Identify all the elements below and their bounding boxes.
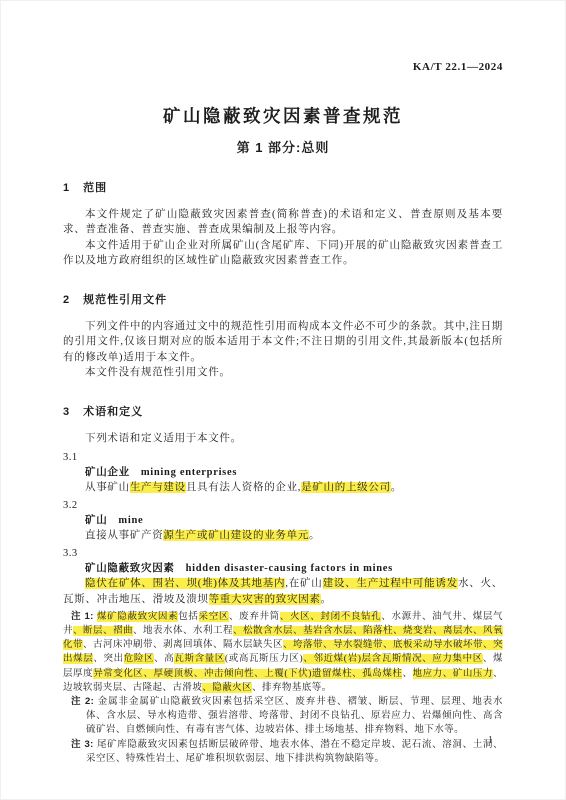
text-run: (或高瓦斯压力区) (225, 654, 303, 664)
highlighted-text: 、断层、褶曲 (73, 626, 133, 636)
highlighted-text: 、厚硬顶板、冲击倾向性、上覆(下伏)遗留煤柱、孤岛煤柱 (144, 669, 403, 679)
term-en: mining enterprises (141, 467, 237, 478)
highlighted-text: 建设、生产过程中可能诱发 (323, 578, 458, 589)
text-run: 、高 (154, 654, 174, 664)
note-text: 金属非金属矿山隐蔽致灾因素包括采空区、废弃井巷、褶皱、断层、节理、层理、地表水体… (86, 697, 503, 735)
scope-paragraph-2: 本文件适用于矿山企业对所属矿山(含尾矿库、下同)开展的矿山隐蔽致灾因素普查工作以… (63, 238, 503, 269)
section-title: 规范性引用文件 (83, 294, 167, 306)
highlighted-text: 瓦斯含量区 (174, 654, 225, 664)
section-number: 1 (63, 182, 70, 194)
note-label: 注 1: (71, 611, 94, 622)
highlighted-text: 采空区 (199, 612, 229, 622)
text-run: 、排弃物基底等。 (252, 683, 332, 693)
highlighted-text: 异常变化区 (93, 669, 143, 679)
notes-block: 注 1:煤矿隐蔽致灾因素包括采空区、废弃井筒、火区、封闭不良钻孔、水源井、油气井… (63, 610, 503, 766)
text-run: 从事矿山 (85, 482, 130, 493)
text-run: 。 (309, 530, 320, 541)
references-paragraph-1: 下列文件中的内容通过文中的规范性引用而构成本文件必不可少的条款。其中,注日期的引… (63, 319, 503, 365)
text-run: 、 (402, 669, 412, 679)
text-run: 、突出 (93, 654, 123, 664)
highlighted-text: 地应力、矿山压力 (413, 669, 494, 679)
highlighted-text: 、隐蔽火区 (202, 683, 252, 693)
section-number: 2 (63, 294, 70, 306)
term-zh: 矿山隐蔽致灾因素 (85, 562, 175, 574)
term-number-3-2: 3.2 (63, 498, 503, 513)
highlighted-text: 煤矿隐蔽致灾因素 (97, 612, 178, 622)
highlighted-text: 是矿山的上级公司 (301, 482, 391, 493)
highlighted-text: 、邻近煤(岩)层含瓦斯情况、应力集中区 (303, 654, 483, 664)
highlighted-text: 源生产或矿山建设的业务单元 (163, 530, 309, 541)
document-part-title: 第 1 部分:总则 (63, 137, 503, 156)
terms-intro: 下列术语和定义适用于本文件。 (63, 431, 503, 446)
text-run: 包括 (178, 612, 198, 622)
note-2: 注 2:金属非金属矿山隐蔽致灾因素包括采空区、废弃井巷、褶皱、断层、节理、层理、… (63, 695, 503, 738)
text-run: 直接从事矿产资 (85, 530, 163, 541)
note-3: 注 3:尾矿库隐蔽致灾因素包括断层破碎带、地表水体、潜在不稳定岸坡、泥石流、溶洞… (63, 738, 503, 766)
term-heading-mine: 矿山mine (63, 513, 503, 528)
references-paragraph-2: 本文件没有规范性引用文件。 (63, 365, 503, 380)
term-heading-mining-enterprises: 矿山企业mining enterprises (63, 465, 503, 480)
document-page: KA/T 22.1—2024 矿山隐蔽致灾因素普查规范 第 1 部分:总则 1范… (0, 0, 566, 800)
section-number: 3 (63, 406, 70, 418)
term-number-3-3: 3.3 (63, 546, 503, 561)
note-text: 尾矿库隐蔽致灾因素包括断层破碎带、地表水体、潜在不稳定岸坡、泥石流、溶洞、土洞、… (86, 740, 503, 764)
text-run: 。 (391, 482, 402, 493)
section-heading-scope: 1范围 (63, 179, 503, 195)
text-run: 、古河床冲刷带、剥离回填体、隔水层缺失区 (83, 640, 283, 650)
note-label: 注 2: (71, 696, 94, 707)
term-en: hidden disaster-causing factors in mines (186, 563, 393, 574)
highlighted-text: 、火区、封闭不良钻孔 (280, 612, 382, 622)
term-en: mine (118, 515, 143, 526)
section-title: 范围 (83, 182, 107, 194)
text-run: 且具有法人资格的企业, (186, 482, 301, 493)
text-run: 尾矿库隐蔽致灾因素包括断层破碎带、地表水体、潜在不稳定岸坡、泥石流、溶洞、土洞、… (86, 740, 503, 764)
highlighted-text: 隐伏在矿体、围岩、坝(堆)体及其地基内 (85, 578, 285, 589)
term-zh: 矿山 (85, 514, 107, 526)
document-title: 矿山隐蔽致灾因素普查规范 (63, 103, 503, 128)
term-zh: 矿山企业 (85, 466, 130, 478)
highlighted-text: 等重大灾害的致灾因素 (209, 594, 321, 605)
highlighted-text: 危险区 (124, 654, 154, 664)
text-run: 金属非金属矿山隐蔽致灾因素包括采空区、废弃井巷、褶皱、断层、节理、层理、地表水体… (86, 697, 503, 735)
term-definition: 隐伏在矿体、围岩、坝(堆)体及其地基内,在矿山建设、生产过程中可能诱发水、火、瓦… (63, 576, 503, 607)
note-text: 煤矿隐蔽致灾因素包括采空区、废弃井筒、火区、封闭不良钻孔、水源井、油气井、煤层气… (63, 612, 503, 693)
text-run: ,在矿山 (285, 578, 322, 589)
note-label: 注 3: (71, 739, 94, 750)
text-run: 、废弃井筒 (229, 612, 280, 622)
term-number-3-1: 3.1 (63, 450, 503, 465)
section-title: 术语和定义 (83, 406, 143, 418)
text-run: 。 (321, 594, 332, 605)
section-heading-terms: 3术语和定义 (63, 403, 503, 419)
text-run: 、地表水体、水利工程 (133, 626, 233, 636)
section-heading-normative-references: 2规范性引用文件 (63, 291, 503, 307)
term-heading-hidden-disaster-factors: 矿山隐蔽致灾因素hidden disaster-causing factors … (63, 561, 503, 576)
standard-number: KA/T 22.1—2024 (63, 61, 503, 73)
note-1: 注 1:煤矿隐蔽致灾因素包括采空区、废弃井筒、火区、封闭不良钻孔、水源井、油气井… (63, 610, 503, 695)
page-number: 1 (488, 735, 493, 746)
scope-paragraph-1: 本文件规定了矿山隐蔽致灾因素普查(简称普查)的术语和定义、普查原则及基本要求、普… (63, 207, 503, 238)
highlighted-text: 生产与建设 (130, 482, 186, 493)
term-definition: 直接从事矿产资源生产或矿山建设的业务单元。 (63, 528, 503, 543)
term-definition: 从事矿山生产与建设且具有法人资格的企业,是矿山的上级公司。 (63, 480, 503, 495)
